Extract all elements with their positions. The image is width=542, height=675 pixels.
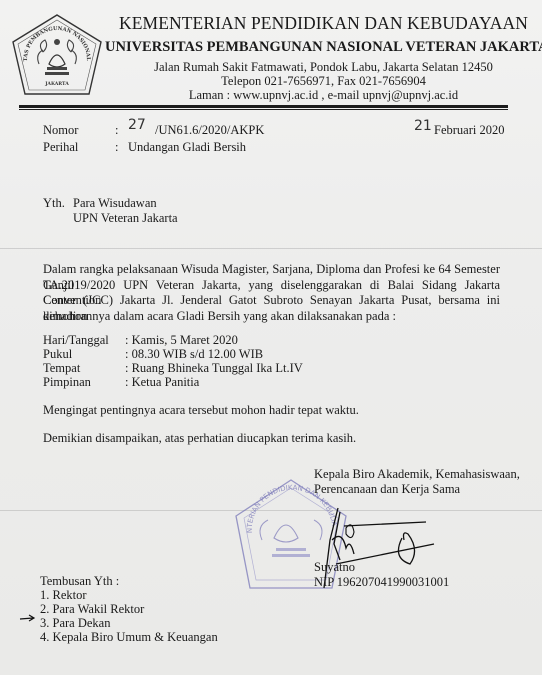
intro-line: TA.2019/2020 UPN Veteran Jakarta, yang d… [43, 278, 500, 294]
signatory-title-2: Perencanaan dan Kerja Sama [314, 482, 460, 497]
letterhead-rule-thick [19, 105, 508, 108]
cc-item: 3. Para Dekan [40, 616, 110, 631]
nomor-value: /UN61.6/2020/AKPK [155, 123, 264, 138]
letterhead-rule-thin [19, 109, 508, 110]
detail-label: Tempat [43, 361, 125, 376]
detail-row-place: Tempat: Ruang Bhineka Tunggal Ika Lt.IV [43, 361, 303, 376]
closing-text: Demikian disampaikan, atas perhatian diu… [43, 431, 356, 446]
letter-page: UNIVERSITAS PEMBANGUNAN NASIONAL VETERAN… [0, 0, 542, 675]
detail-row-time: Pukul: 08.30 WIB s/d 12.00 WIB [43, 347, 263, 362]
university-seal-icon: UNIVERSITAS PEMBANGUNAN NASIONAL VETERAN… [9, 12, 105, 98]
detail-label: Hari/Tanggal [43, 333, 125, 348]
handdrawn-arrow-icon [19, 613, 37, 623]
address-line: Jalan Rumah Sakit Fatmawati, Pondok Labu… [105, 60, 542, 75]
svg-text:JAKARTA: JAKARTA [44, 81, 69, 87]
perihal-value: Undangan Gladi Bersih [128, 140, 246, 155]
reminder-text: Mengingat pentingnya acara tersebut moho… [43, 403, 359, 418]
intro-paragraph: Dalam rangka pelaksanaan Wisuda Magister… [43, 262, 500, 324]
intro-line: Dalam rangka pelaksanaan Wisuda Magister… [43, 262, 500, 278]
perihal-label: Perihal [43, 140, 78, 155]
nomor-label: Nomor [43, 123, 78, 138]
perihal-separator: : [115, 140, 118, 155]
detail-label: Pimpinan [43, 375, 125, 390]
web-email-line: Laman : www.upnvj.ac.id , e-mail upnvj@u… [105, 88, 542, 103]
paper-fold-line [0, 248, 542, 249]
cc-item: 4. Kepala Biro Umum & Keuangan [40, 630, 218, 645]
cc-heading: Tembusan Yth : [40, 574, 119, 589]
nomor-handwritten: 27 [128, 117, 146, 133]
ministry-heading: KEMENTERIAN PENDIDIKAN DAN KEBUDAYAAN [105, 13, 542, 34]
intro-line: kehadirannya dalam acara Gladi Bersih ya… [43, 309, 500, 325]
phone-line: Telepon 021-7656971, Fax 021-7656904 [105, 74, 542, 89]
signatory-nip: NIP 196207041990031001 [314, 575, 449, 590]
detail-row-lead: Pimpinan: Ketua Panitia [43, 375, 199, 390]
signatory-title-1: Kepala Biro Akademik, Kemahasiswaan, [314, 467, 520, 482]
intro-line: Center (JCC) Jakarta Jl. Jenderal Gatot … [43, 293, 500, 309]
university-heading: UNIVERSITAS PEMBANGUNAN NASIONAL VETERAN… [105, 39, 542, 56]
detail-value: : Kamis, 5 Maret 2020 [125, 333, 238, 347]
signatory-name: Suyatno [314, 560, 355, 575]
detail-value: : 08.30 WIB s/d 12.00 WIB [125, 347, 263, 361]
date-handwritten: 21 [414, 118, 432, 134]
detail-row-date: Hari/Tanggal: Kamis, 5 Maret 2020 [43, 333, 238, 348]
detail-label: Pukul [43, 347, 125, 362]
recipient-prefix: Yth. [43, 196, 65, 211]
cc-item: 1. Rektor [40, 588, 87, 603]
recipient-line-2: UPN Veteran Jakarta [73, 211, 178, 226]
nomor-separator: : [115, 123, 118, 138]
cc-item: 2. Para Wakil Rektor [40, 602, 144, 617]
detail-value: : Ketua Panitia [125, 375, 199, 389]
detail-value: : Ruang Bhineka Tunggal Ika Lt.IV [125, 361, 303, 375]
recipient-line-1: Para Wisudawan [73, 196, 157, 211]
letter-date: Februari 2020 [434, 123, 504, 138]
